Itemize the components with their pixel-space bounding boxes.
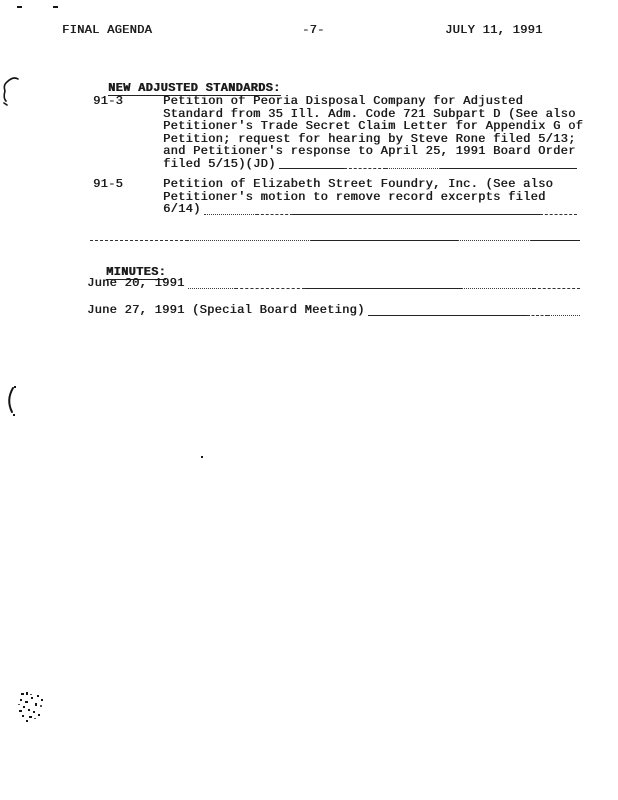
header-page-number: -7-: [302, 24, 325, 37]
ruled-fill-line: [279, 158, 577, 170]
item-text-line: filed 5/15)(JD): [163, 158, 276, 171]
section-divider-line: [90, 238, 580, 241]
smudge-stamp-bottom-left: [16, 690, 54, 728]
item-text-line: and Petitioner's response to April 25, 1…: [163, 145, 577, 158]
ruled-fill-line: [368, 304, 580, 316]
ink-dot-center: [201, 456, 203, 458]
minutes-entry-june-20: June 20, 1991: [87, 277, 580, 290]
ink-speck-top-left-2: [53, 6, 58, 8]
scanned-agenda-page: { "document": { "header": { "title": "FI…: [0, 0, 618, 800]
header-date: JULY 11, 1991: [445, 24, 543, 37]
ink-speck-top-left: [17, 6, 22, 8]
minutes-entry-label: June 20, 1991: [87, 277, 185, 290]
agenda-item-91-5: 91-5 Petition of Elizabeth Street Foundr…: [93, 178, 577, 216]
item-text-line: Petitioner's motion to remove record exc…: [163, 191, 577, 204]
item-text-line: Petition of Elizabeth Street Foundry, In…: [163, 178, 577, 191]
minutes-entry-label: June 27, 1991 (Special Board Meeting): [87, 304, 365, 317]
ruled-fill-line: [204, 203, 577, 215]
item-text-line: Petition of Peoria Disposal Company for …: [163, 95, 577, 108]
docket-number: 91-3: [93, 95, 163, 170]
docket-number: 91-5: [93, 178, 163, 216]
item-text-line: 6/14): [163, 203, 201, 216]
section-heading-new-adjusted-standards: NEW ADJUSTED STANDARDS:: [93, 69, 281, 96]
ruled-fill-line: [188, 277, 580, 289]
agenda-item-91-3: 91-3 Petition of Peoria Disposal Company…: [93, 95, 577, 170]
header-document-title: FINAL AGENDA: [62, 24, 152, 37]
item-text-line: Petitioner's Trade Secret Claim Letter f…: [163, 120, 577, 133]
minutes-entry-june-27: June 27, 1991 (Special Board Meeting): [87, 304, 580, 317]
paren-mark-left-margin: [3, 385, 17, 417]
handwritten-hook-mark-left: [1, 75, 21, 107]
